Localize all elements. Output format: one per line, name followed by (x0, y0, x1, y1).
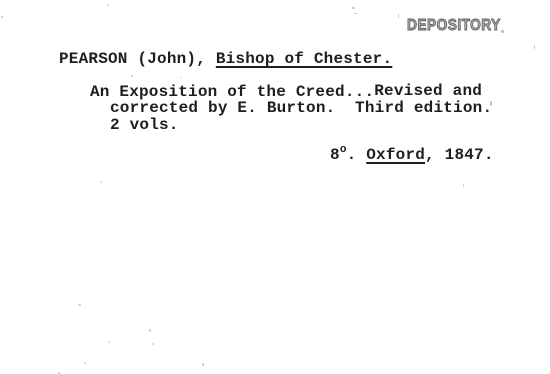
scan-speck (534, 45, 535, 49)
imprint-date: , 1847. (425, 146, 494, 164)
scan-speck (131, 75, 133, 77)
scan-speck (107, 4, 109, 6)
scan-speck (84, 362, 86, 364)
scan-speck (490, 101, 492, 106)
imprint-place: Oxford (366, 146, 425, 164)
scan-speck (501, 30, 504, 33)
scan-speck (100, 181, 102, 183)
scan-speck (180, 77, 182, 78)
format-superscript: o (340, 144, 347, 156)
imprint-separator: . (347, 146, 367, 164)
author-name: PEARSON (John), (59, 50, 216, 68)
scan-speck (1, 16, 3, 18)
title-line-2: corrected by E. Burton. Third edition. (110, 100, 492, 116)
volumes-line: 2 vols. (110, 117, 179, 133)
scan-speck (398, 14, 399, 18)
scan-speck (149, 329, 151, 332)
scan-speck (352, 7, 355, 9)
scan-speck (463, 184, 464, 187)
scan-speck (108, 341, 110, 343)
format-size: 8 (330, 146, 340, 164)
title-line-1: An Exposition of the Creed...Revised and (90, 84, 482, 100)
catalog-card: DEPOSITORY PEARSON (John), Bishop of Che… (0, 0, 550, 374)
title-text-continued: Revised and (374, 82, 482, 100)
scan-speck (354, 13, 357, 14)
scan-speck (202, 363, 204, 366)
heading-line: PEARSON (John), Bishop of Chester. (59, 51, 392, 67)
scan-speck (78, 304, 81, 306)
imprint-line: 8o. Oxford, 1847. (330, 147, 494, 163)
scan-speck (152, 343, 154, 345)
depository-stamp: DEPOSITORY (407, 18, 501, 34)
author-title-underlined: Bishop of Chester. (216, 50, 392, 68)
